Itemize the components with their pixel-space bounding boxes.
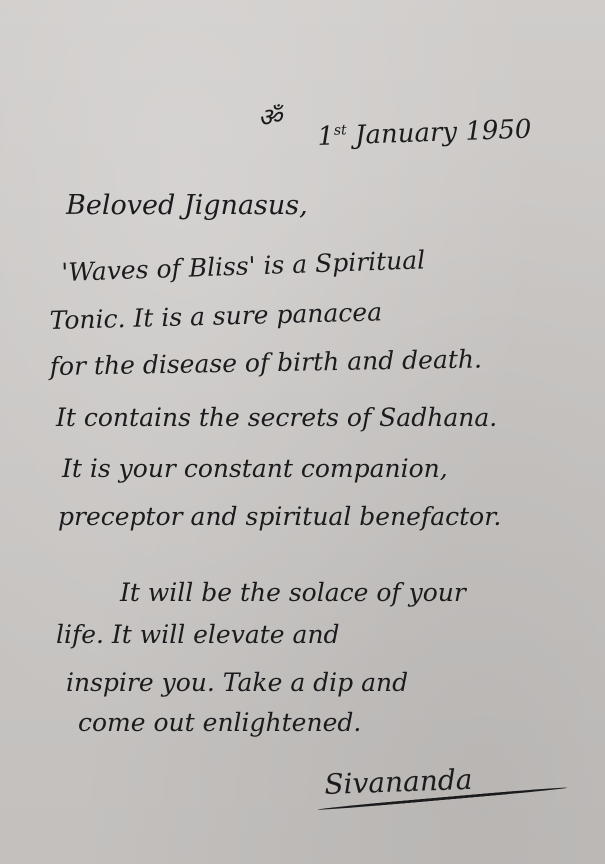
- body-line: inspire you. Take a dip and: [66, 668, 408, 697]
- om-invocation: ॐ: [258, 98, 282, 134]
- body-line: preceptor and spiritual benefactor.: [58, 502, 501, 531]
- body-line: It is your constant companion,: [62, 454, 448, 483]
- body-line: 'Waves of Bliss' is a Spiritual: [61, 245, 426, 287]
- salutation: Beloved Jignasus,: [66, 190, 308, 221]
- date-rest: January 1950: [346, 115, 532, 151]
- body-line: It contains the secrets of Sadhana.: [56, 403, 497, 432]
- date-day: 1: [317, 121, 335, 152]
- body-line: come out enlightened.: [78, 708, 361, 737]
- signature: Sivananda: [324, 763, 473, 801]
- body-line: life. It will elevate and: [56, 620, 340, 649]
- body-line: Tonic. It is a sure panacea: [49, 297, 382, 335]
- body-line: for the disease of birth and death.: [49, 344, 482, 381]
- body-line: It will be the solace of your: [120, 578, 466, 607]
- letter-paper: ॐ 1st January 1950 Beloved Jignasus, 'Wa…: [0, 0, 605, 864]
- date-suffix: st: [334, 122, 347, 138]
- letter-date: 1st January 1950: [317, 115, 532, 152]
